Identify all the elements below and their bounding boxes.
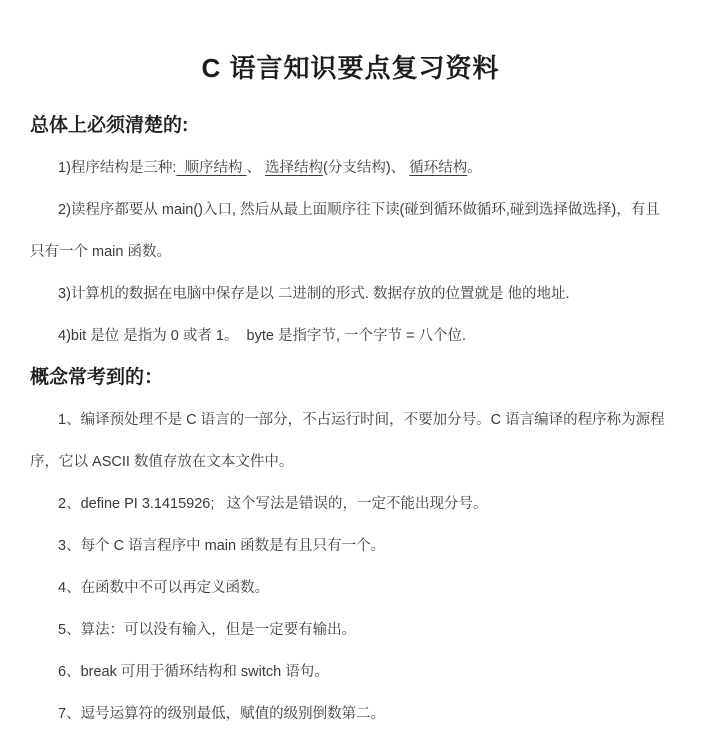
text-segment: 1)程序结构是三种: bbox=[58, 160, 176, 176]
list-item-6-break-usage: 6、break 可用于循环结构和 switch 语句。 bbox=[30, 651, 671, 693]
underlined-term-selection-structure: 选择结构 bbox=[265, 160, 323, 176]
section-heading-overall: 总体上必须清楚的: bbox=[30, 105, 671, 147]
list-item-4-no-nested-functions: 4、在函数中不可以再定义函数。 bbox=[30, 567, 671, 609]
underlined-term-sequence-structure: 顺序结构 bbox=[176, 160, 246, 176]
section-heading-concepts: 概念常考到的： bbox=[30, 357, 671, 399]
text-segment: (分支结构)、 bbox=[323, 160, 409, 176]
text-segment: 。 bbox=[467, 160, 482, 176]
paragraph-program-structures: 1)程序结构是三种: 顺序结构 、 选择结构(分支结构)、 循环结构。 bbox=[30, 147, 671, 189]
list-item-3-main-unique: 3、每个 C 语言程序中 main 函数是有且只有一个。 bbox=[30, 525, 671, 567]
paragraph-main-entry: 2)读程序都要从 main()入口, 然后从最上面顺序往下读(碰到循环做循环,碰… bbox=[30, 189, 671, 273]
text-segment: 、 bbox=[247, 160, 266, 176]
document-title: C 语言知识要点复习资料 bbox=[30, 48, 671, 88]
list-item-5-algorithm-output: 5、算法：可以没有输入，但是一定要有输出。 bbox=[30, 609, 671, 651]
document-page: C 语言知识要点复习资料 总体上必须清楚的: 1)程序结构是三种: 顺序结构 、… bbox=[0, 0, 701, 745]
paragraph-binary-storage: 3)计算机的数据在电脑中保存是以 二进制的形式. 数据存放的位置就是 他的地址. bbox=[30, 273, 671, 315]
paragraph-bit-byte: 4)bit 是位 是指为 0 或者 1。 byte 是指字节, 一个字节 = 八… bbox=[30, 315, 671, 357]
list-item-2-define-pi: 2、define PI 3.1415926; 这个写法是错误的，一定不能出现分号… bbox=[30, 483, 671, 525]
list-item-1-preprocessing: 1、编译预处理不是 C 语言的一部分，不占运行时间，不要加分号。C 语言编译的程… bbox=[30, 399, 671, 483]
list-item-7-comma-operator: 7、逗号运算符的级别最低，赋值的级别倒数第二。 bbox=[30, 693, 671, 735]
underlined-term-loop-structure: 循环结构 bbox=[409, 160, 467, 176]
